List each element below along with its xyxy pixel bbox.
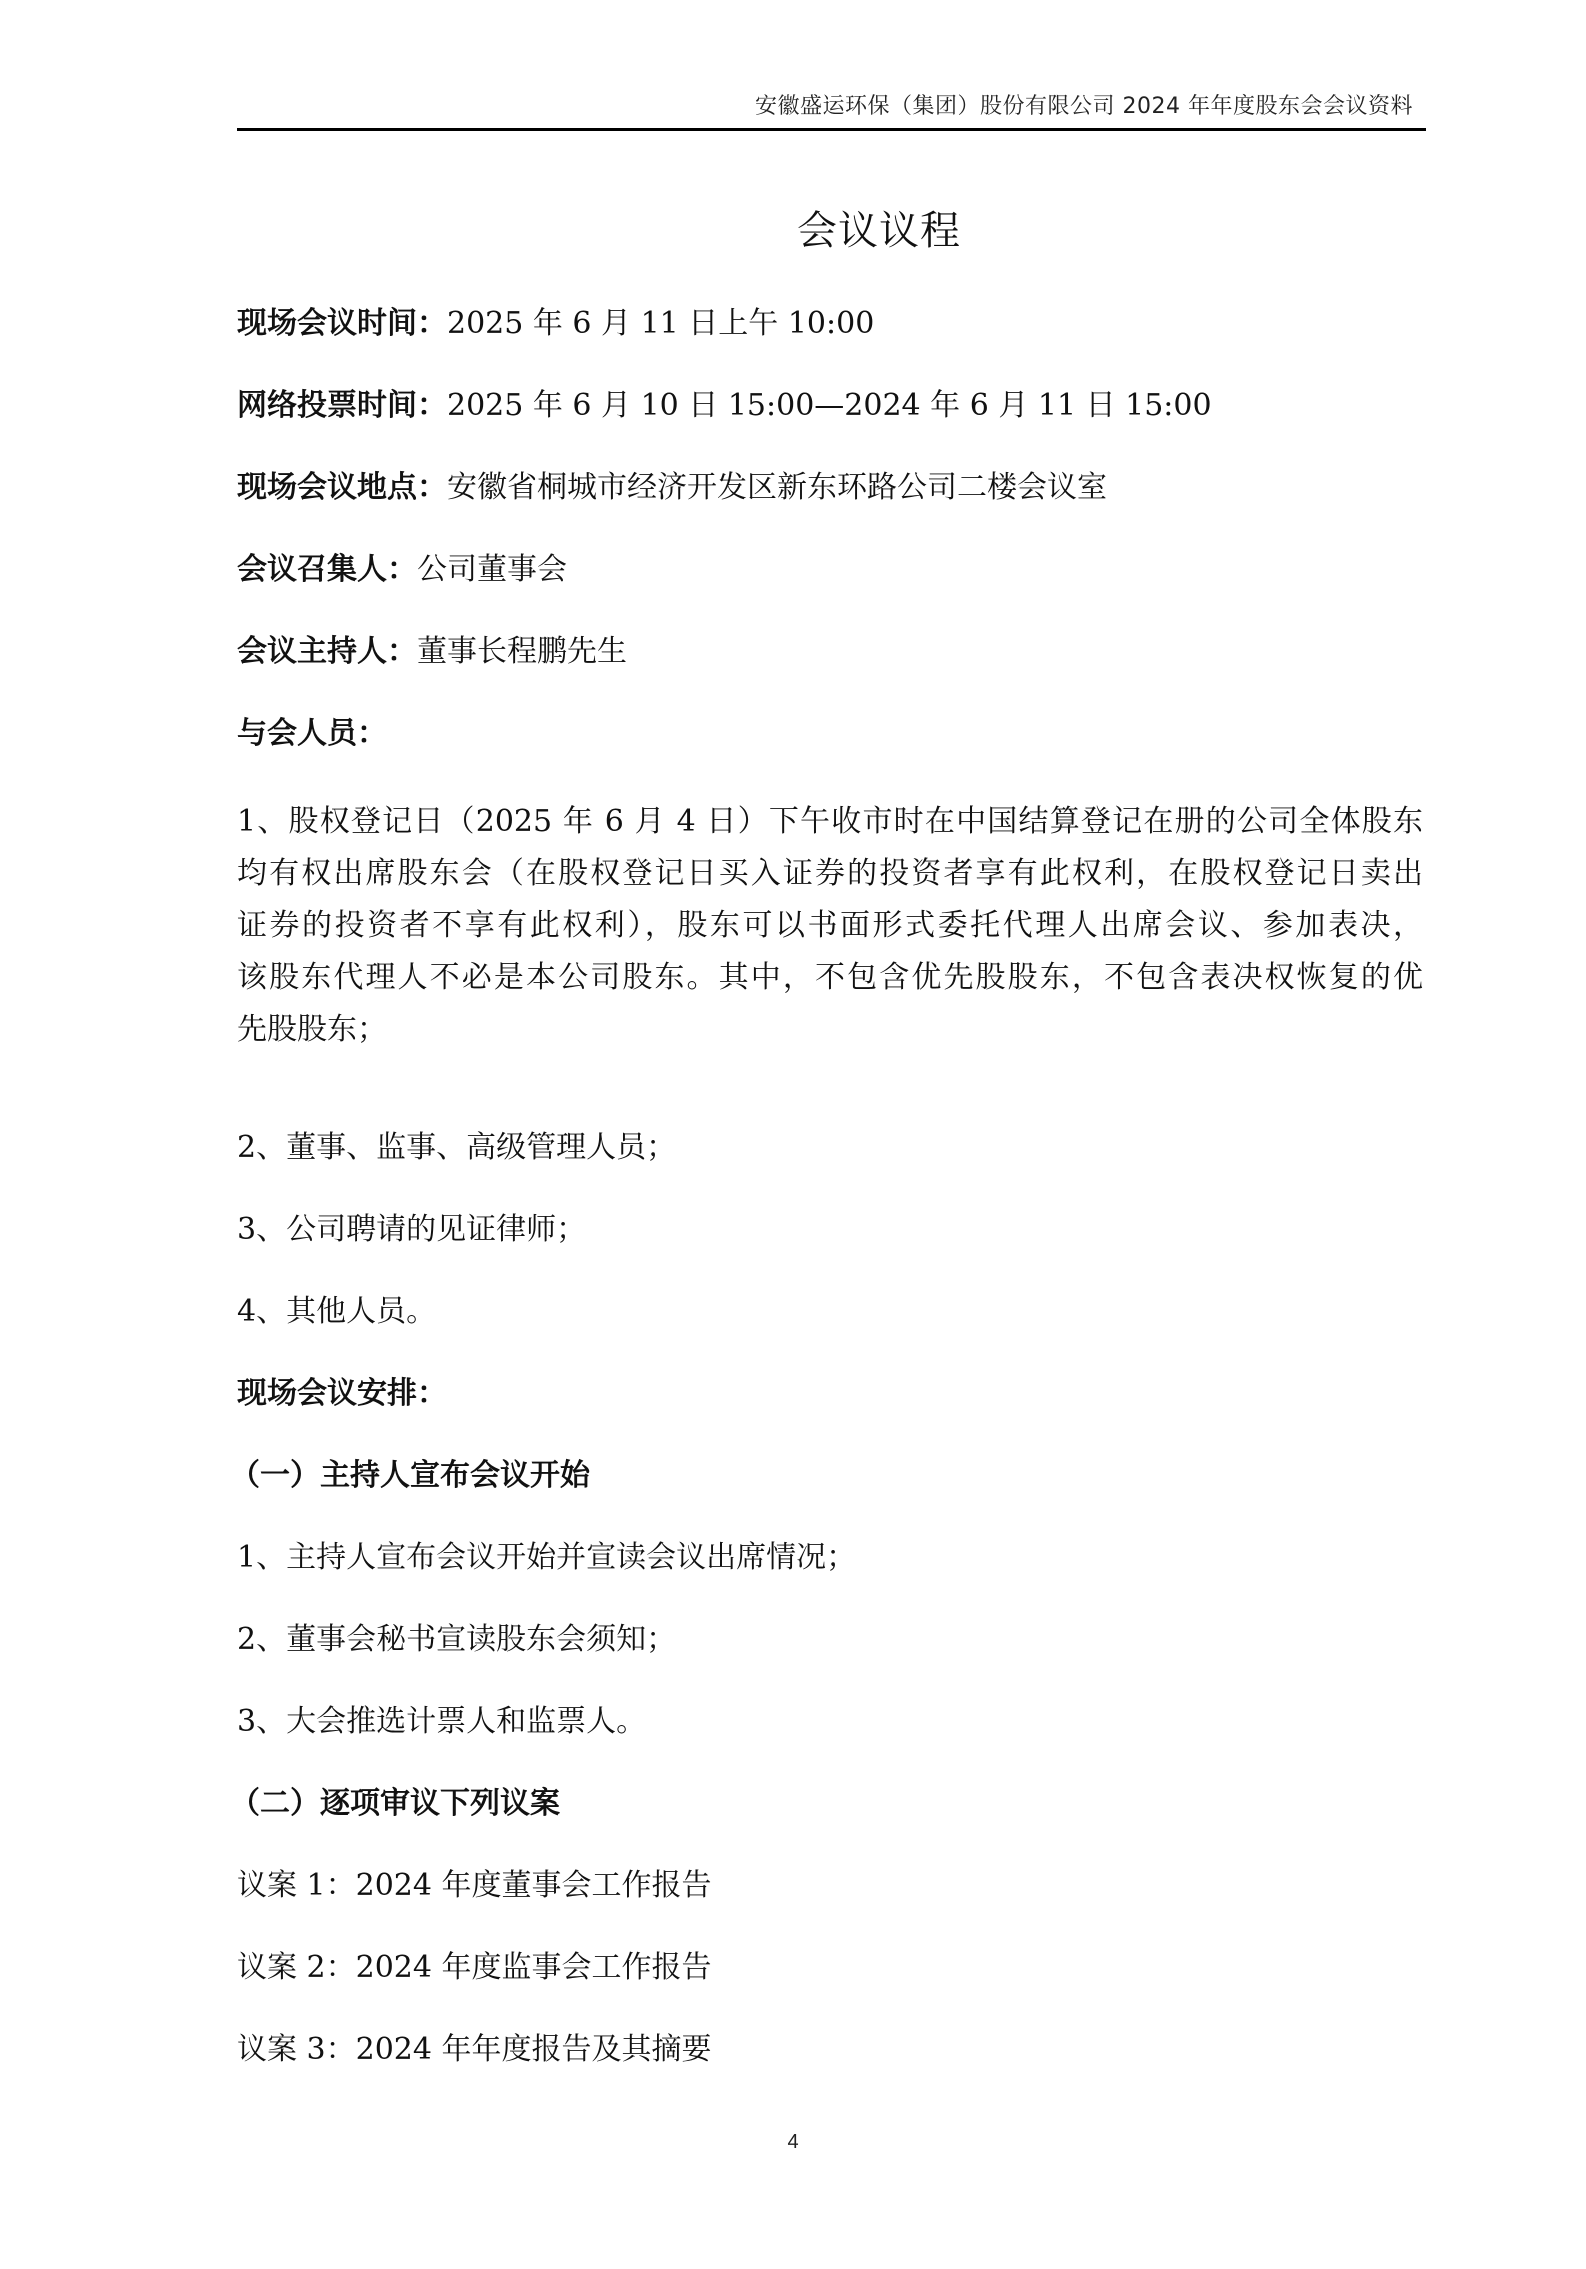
attendees-heading: 与会人员：	[237, 716, 387, 751]
section-1-item: 1、主持人宣布会议开始并宣读会议出席情况；	[237, 1540, 856, 1576]
meeting-time-value: 2025 年 6 月 11 日上午 10:00	[447, 306, 874, 341]
meeting-time-row: 现场会议时间：2025 年 6 月 11 日上午 10:00	[237, 306, 874, 342]
attendee-item-1-line: 先股股东；	[237, 1004, 1423, 1056]
attendee-item-1-line: 1、股权登记日（2025 年 6 月 4 日）下午收市时在中国结算登记在册的公司…	[237, 796, 1423, 848]
attendee-item-1: 1、股权登记日（2025 年 6 月 4 日）下午收市时在中国结算登记在册的公司…	[237, 796, 1423, 1056]
proposal-item: 议案 1：2024 年度董事会工作报告	[237, 1868, 712, 1904]
arrangement-heading: 现场会议安排：	[237, 1376, 447, 1411]
page-title: 会议议程	[0, 206, 1586, 256]
convener-row: 会议召集人：公司董事会	[237, 552, 567, 588]
meeting-location-label: 现场会议地点：	[237, 470, 447, 505]
attendee-item-2: 2、董事、监事、高级管理人员；	[237, 1130, 676, 1166]
section-2-title: （二）逐项审议下列议案	[230, 1786, 560, 1822]
document-page: 安徽盛运环保（集团）股份有限公司 2024 年年度股东会会议资料 会议议程 现场…	[0, 0, 1586, 2269]
header-divider	[237, 128, 1426, 131]
attendee-item-4: 4、其他人员。	[237, 1294, 436, 1330]
meeting-time-label: 现场会议时间：	[237, 306, 447, 341]
section-1-item: 3、大会推选计票人和监票人。	[237, 1704, 646, 1740]
attendee-item-1-line: 均有权出席股东会（在股权登记日买入证券的投资者享有此权利，在股权登记日卖出	[237, 848, 1423, 900]
convener-label: 会议召集人：	[237, 552, 417, 587]
attendees-heading-row: 与会人员：	[237, 716, 387, 752]
attendee-item-3: 3、公司聘请的见证律师；	[237, 1212, 586, 1248]
meeting-location-row: 现场会议地点：安徽省桐城市经济开发区新东环路公司二楼会议室	[237, 470, 1107, 506]
proposal-item: 议案 3：2024 年年度报告及其摘要	[237, 2032, 712, 2068]
online-voting-time-value: 2025 年 6 月 10 日 15:00—2024 年 6 月 11 日 15…	[447, 388, 1212, 423]
attendee-item-1-line: 该股东代理人不必是本公司股东。其中，不包含优先股股东，不包含表决权恢复的优	[237, 952, 1423, 1004]
proposal-item: 议案 2：2024 年度监事会工作报告	[237, 1950, 712, 1986]
meeting-location-value: 安徽省桐城市经济开发区新东环路公司二楼会议室	[447, 470, 1107, 505]
host-value: 董事长程鹏先生	[417, 634, 627, 669]
convener-value: 公司董事会	[417, 552, 567, 587]
host-row: 会议主持人：董事长程鹏先生	[237, 634, 627, 670]
running-header: 安徽盛运环保（集团）股份有限公司 2024 年年度股东会会议资料	[237, 94, 1413, 120]
section-1-item: 2、董事会秘书宣读股东会须知；	[237, 1622, 676, 1658]
page-number: 4	[0, 2130, 1586, 2154]
online-voting-time-label: 网络投票时间：	[237, 388, 447, 423]
attendee-item-1-line: 证券的投资者不享有此权利），股东可以书面形式委托代理人出席会议、参加表决，	[237, 900, 1423, 952]
section-1-title: （一）主持人宣布会议开始	[230, 1458, 590, 1494]
host-label: 会议主持人：	[237, 634, 417, 669]
arrangement-heading-row: 现场会议安排：	[237, 1376, 447, 1412]
online-voting-time-row: 网络投票时间：2025 年 6 月 10 日 15:00—2024 年 6 月 …	[237, 388, 1212, 424]
